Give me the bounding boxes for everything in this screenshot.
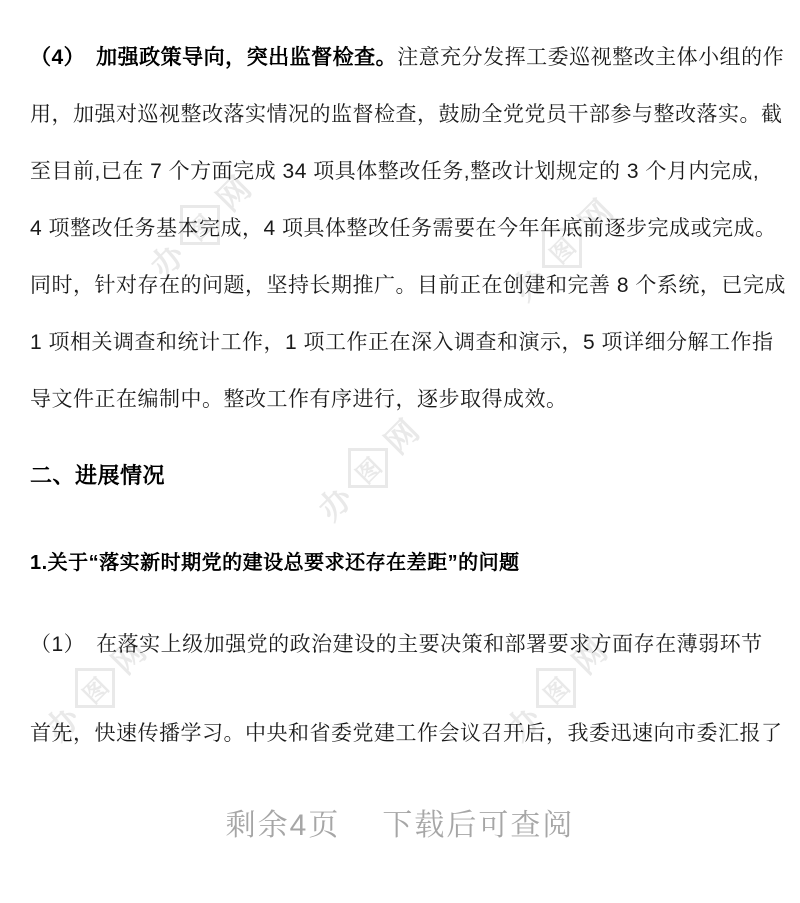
paragraph-line: 首先，快速传播学习。中央和省委党建工作会议召开后，我委迅速向市委汇报了 (30, 720, 783, 748)
paragraph-line: （4） 加强政策导向，突出监督检查。注意充分发挥工委巡视整改主体小组的作 (30, 44, 784, 72)
subsection-heading: 1.关于“落实新时期党的建设总要求还存在差距”的问题 (30, 549, 520, 577)
watermark-char-right: 网 (373, 406, 430, 463)
paragraph-lead-bold: （4） 加强政策导向，突出监督检查。 (30, 46, 397, 69)
paragraph-line: （1） 在落实上级加强党的政治建设的主要决策和部署要求方面存在薄弱环节 (30, 631, 763, 659)
download-hint: 下载后可查阅 (382, 809, 574, 842)
watermark-logo-icon: 图 (75, 668, 115, 708)
paragraph-line: 4 项整改任务基本完成，4 项具体整改任务需要在今年年底前逐步完成或完成。 (30, 215, 777, 243)
section-heading: 二、进展情况 (30, 462, 165, 490)
remaining-pages-count: 剩余4页 (226, 809, 341, 842)
paragraph-line: 至目前,已在 7 个方面完成 34 项具体整改任务,整改计划规定的 3 个月内完… (30, 158, 759, 186)
watermark: 办 图 网 (306, 406, 429, 529)
watermark-logo-icon: 图 (348, 448, 388, 488)
paragraph-text: 注意充分发挥工委巡视整改主体小组的作 (397, 46, 784, 69)
paragraph-line: 用，加强对巡视整改落实情况的监督检查，鼓励全党党员干部参与整改落实。截 (30, 101, 783, 129)
paragraph-line: 1 项相关调查和统计工作，1 项工作正在深入调查和演示，5 项详细分解工作指 (30, 329, 774, 357)
document-page: 办 图 网 办 图 网 办 图 网 办 图 网 办 图 网 （4） 加强政策导向… (0, 0, 800, 903)
watermark-logo-icon: 图 (536, 668, 576, 708)
paragraph-line: 导文件正在编制中。整改工作有序进行，逐步取得成效。 (30, 386, 568, 414)
watermark-char-left: 办 (306, 473, 363, 530)
paragraph-line: 同时，针对存在的问题，坚持长期推广。目前正在创建和完善 8 个系统，已完成 (30, 272, 786, 300)
remaining-pages-notice: 剩余4页下载后可查阅 (0, 800, 800, 844)
